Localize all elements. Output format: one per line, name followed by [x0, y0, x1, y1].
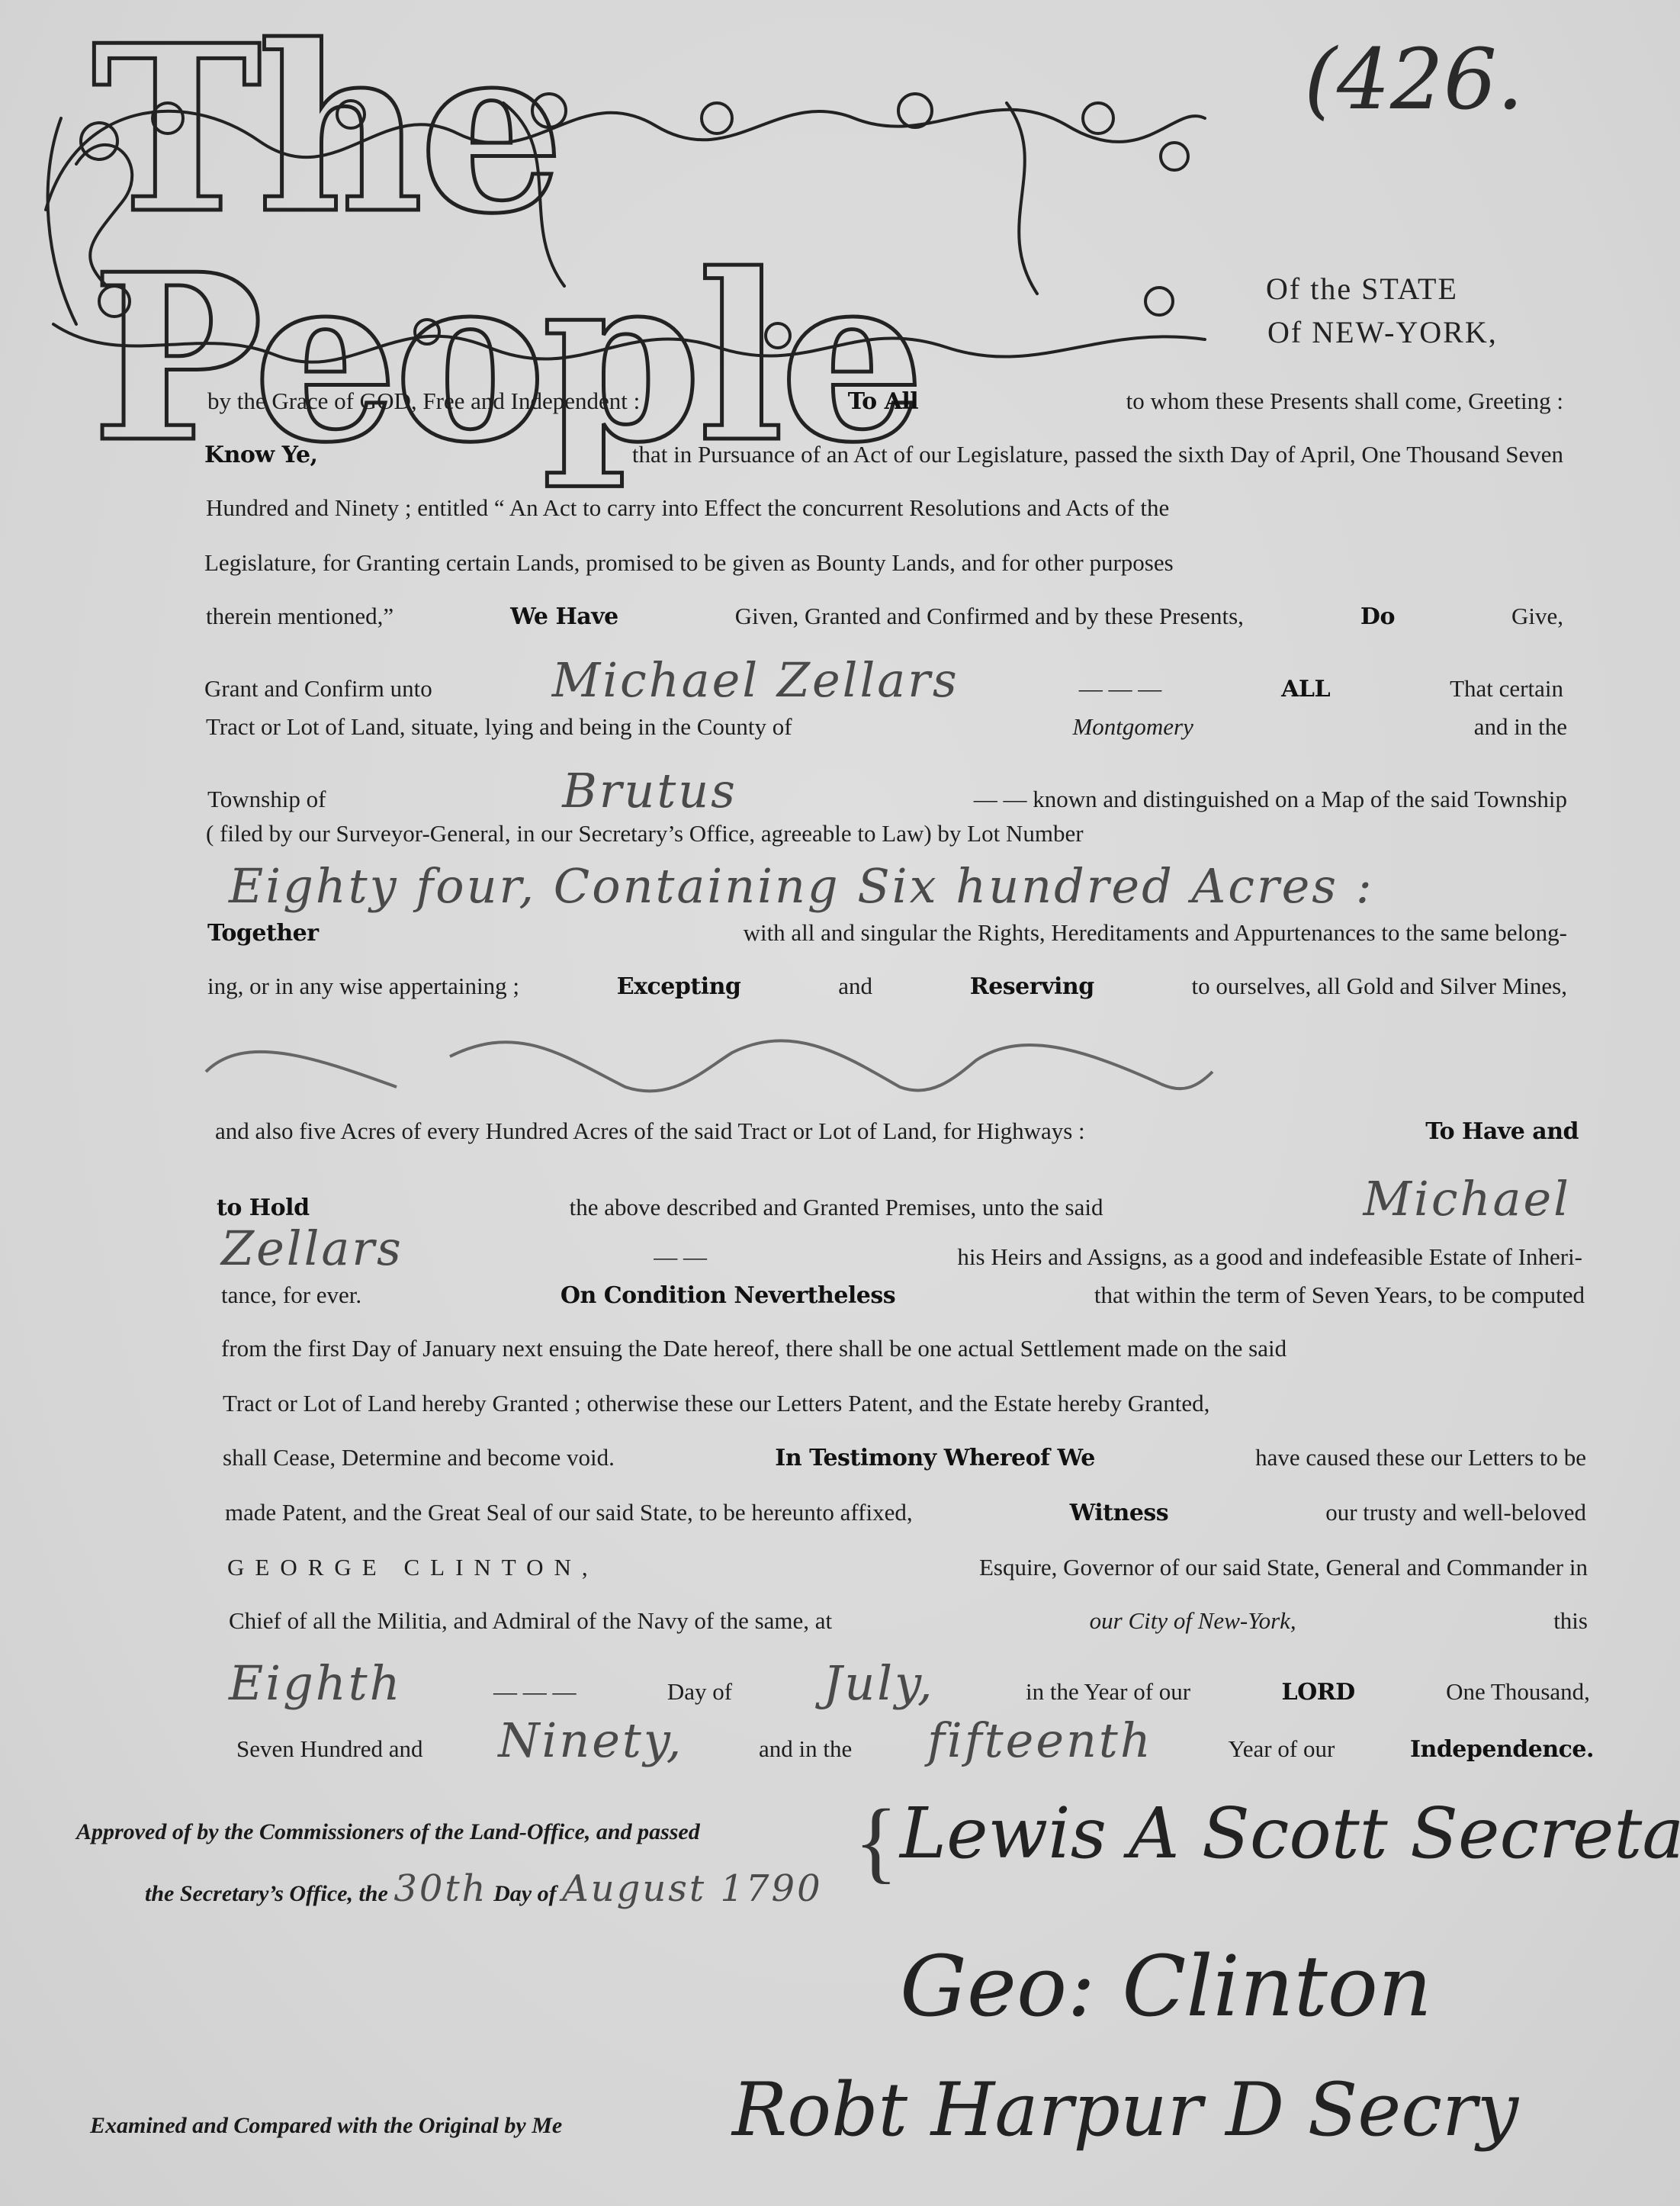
- signature-deputy-secretary: Robt Harpur D Secry: [732, 2067, 1518, 2153]
- printed-text: tance, for ever.: [221, 1281, 361, 1309]
- text-line: Grant and Confirm untoMichael Zellars— —…: [204, 652, 1563, 708]
- blackletter-text: In Testimony Whereof We: [775, 1445, 1095, 1471]
- printed-text: to whom these Presents shall come, Greet…: [1126, 387, 1563, 415]
- printed-text: Year of our: [1229, 1735, 1335, 1763]
- printed-text: from the first Day of January next ensui…: [221, 1335, 1287, 1362]
- manuscript-entry: July,: [823, 1655, 934, 1711]
- text-line: Tract or Lot of Land, situate, lying and…: [206, 713, 1567, 741]
- manuscript-entry: Brutus: [562, 763, 737, 818]
- text-line: by the Grace of GOD, Free and Independen…: [207, 387, 1563, 415]
- text-line: to Holdthe above described and Granted P…: [217, 1171, 1571, 1227]
- manuscript-entry: Eighty four, Containing Six hundred Acre…: [229, 858, 1374, 914]
- printed-text: Grant and Confirm unto: [204, 675, 432, 703]
- approval-day: 30th: [393, 1867, 487, 1910]
- text-line: ( filed by our Surveyor-General, in our …: [206, 820, 1567, 847]
- printed-text: ( filed by our Surveyor-General, in our …: [206, 820, 1084, 847]
- state-line-2: Of NEW-YORK,: [1267, 314, 1498, 350]
- printed-text: made Patent, and the Great Seal of our s…: [225, 1499, 913, 1526]
- manuscript-entry: Ninety,: [498, 1712, 683, 1768]
- blackletter-text: To All: [848, 388, 918, 415]
- text-line: Zellars— —his Heirs and Assigns, as a go…: [221, 1220, 1582, 1276]
- printed-text: Hundred and Ninety ; entitled “ An Act t…: [206, 494, 1169, 522]
- wavy-separator-icon: [198, 1026, 1647, 1095]
- blackletter-text: Together: [207, 920, 319, 947]
- text-line: Seven Hundred andNinety,and in thefiftee…: [236, 1712, 1594, 1768]
- printed-text: and in the: [759, 1735, 852, 1763]
- ornamental-title: The People: [92, 114, 1190, 374]
- manuscript-entry: fifteenth: [927, 1712, 1153, 1768]
- blackletter-text: Independence.: [1410, 1736, 1594, 1763]
- printed-text: Seven Hundred and: [236, 1735, 423, 1763]
- approval-line-2: the Secretary’s Office, the 30th Day of …: [145, 1867, 823, 1910]
- text-line: from the first Day of January next ensui…: [221, 1335, 1586, 1362]
- blackletter-text: to Hold: [217, 1195, 310, 1221]
- printed-text: Given, Granted and Confirmed and by thes…: [735, 603, 1244, 630]
- blackletter-text: To Have and: [1425, 1118, 1579, 1145]
- text-line: tance, for ever.On Condition Nevertheles…: [221, 1281, 1585, 1309]
- approval-day-of: Day of: [493, 1881, 556, 1906]
- italic-text: Montgomery: [1072, 713, 1193, 741]
- printed-text: that in Pursuance of an Act of our Legis…: [632, 441, 1563, 468]
- text-line: Township ofBrutus— — known and distingui…: [207, 763, 1567, 818]
- blackletter-text: Do: [1360, 603, 1395, 630]
- text-line: GEORGE CLINTON,Esquire, Governor of our …: [227, 1554, 1588, 1581]
- printed-text: that within the term of Seven Years, to …: [1094, 1281, 1585, 1309]
- printed-text: One Thousand,: [1446, 1678, 1590, 1706]
- blackletter-text: We Have: [510, 603, 618, 630]
- printed-text: — — —: [493, 1678, 577, 1706]
- text-line: ing, or in any wise appertaining ;Except…: [207, 973, 1567, 1000]
- blackletter-text: Witness: [1070, 1500, 1169, 1526]
- blackletter-text: LORD: [1281, 1679, 1354, 1706]
- printed-text: Township of: [207, 786, 326, 813]
- approval-month-year: August 1790: [562, 1867, 823, 1910]
- printed-text: by the Grace of GOD, Free and Independen…: [207, 387, 640, 415]
- text-line: therein mentioned,”We HaveGiven, Granted…: [206, 603, 1563, 630]
- manuscript-entry: Michael Zellars: [552, 652, 959, 708]
- approval-prefix: the Secretary’s Office, the: [145, 1881, 388, 1906]
- examined-label: Examined and Compared with the Original …: [90, 2113, 562, 2139]
- italic-text: our City of New-York,: [1090, 1607, 1296, 1635]
- approval-line-1: Approved of by the Commissioners of the …: [76, 1819, 700, 1845]
- text-line: Know Ye,that in Pursuance of an Act of o…: [204, 441, 1563, 468]
- text-line: and also five Acres of every Hundred Acr…: [215, 1117, 1579, 1145]
- printed-text: to ourselves, all Gold and Silver Mines,: [1192, 973, 1568, 1000]
- state-line-1: Of the STATE: [1266, 271, 1458, 307]
- printed-text: therein mentioned,”: [206, 603, 393, 630]
- printed-text: Tract or Lot of Land, situate, lying and…: [206, 713, 792, 741]
- blackletter-text: Reserving: [970, 973, 1094, 1000]
- manuscript-entry: Eighth: [229, 1655, 403, 1711]
- text-line: Legislature, for Granting certain Lands,…: [204, 549, 1563, 577]
- printed-text: and in the: [1474, 713, 1567, 741]
- text-line: Eighth— — —Day ofJuly,in the Year of our…: [229, 1655, 1590, 1711]
- printed-text: this: [1553, 1607, 1588, 1635]
- blackletter-text: ALL: [1281, 676, 1330, 703]
- printed-text: and: [838, 973, 872, 1000]
- blackletter-text: On Condition Nevertheless: [561, 1282, 895, 1309]
- printed-text: shall Cease, Determine and become void.: [223, 1444, 615, 1471]
- printed-text: with all and singular the Rights, Heredi…: [744, 919, 1567, 947]
- text-line: Chief of all the Militia, and Admiral of…: [229, 1607, 1588, 1635]
- printed-text: have caused these our Letters to be: [1255, 1444, 1586, 1471]
- blackletter-text: Excepting: [617, 973, 741, 1000]
- printed-text: his Heirs and Assigns, as a good and ind…: [957, 1243, 1582, 1271]
- printed-text: Esquire, Governor of our said State, Gen…: [979, 1554, 1588, 1581]
- printed-text: Chief of all the Militia, and Admiral of…: [229, 1607, 832, 1635]
- printed-text: — —: [654, 1243, 707, 1271]
- printed-text: the above described and Granted Premises…: [570, 1194, 1103, 1221]
- signature-governor: Geo: Clinton: [900, 1937, 1432, 2035]
- printed-text: Legislature, for Granting certain Lands,…: [204, 549, 1174, 577]
- text-line: Tract or Lot of Land hereby Granted ; ot…: [223, 1390, 1586, 1417]
- printed-text: our trusty and well-beloved: [1325, 1499, 1586, 1526]
- printed-text: Tract or Lot of Land hereby Granted ; ot…: [223, 1390, 1209, 1417]
- printed-text: in the Year of our: [1026, 1678, 1190, 1706]
- printed-text: — — known and distinguished on a Map of …: [974, 786, 1567, 813]
- printed-text: Day of: [667, 1678, 732, 1706]
- text-line: made Patent, and the Great Seal of our s…: [225, 1499, 1586, 1526]
- manuscript-entry: Zellars: [221, 1220, 403, 1276]
- printed-text: ing, or in any wise appertaining ;: [207, 973, 519, 1000]
- blackletter-text: Know Ye,: [204, 442, 318, 468]
- printed-text: That certain: [1450, 675, 1563, 703]
- text-line: Hundred and Ninety ; entitled “ An Act t…: [206, 494, 1563, 522]
- folio-number: (426.: [1304, 31, 1524, 128]
- spaced-name: GEORGE CLINTON,: [227, 1554, 599, 1581]
- text-line: Eighty four, Containing Six hundred Acre…: [229, 858, 1449, 914]
- text-line: Togetherwith all and singular the Rights…: [207, 919, 1567, 947]
- brace-icon: {: [854, 1789, 898, 1894]
- signature-secretary: Lewis A Scott Secretary: [900, 1793, 1680, 1874]
- printed-text: — — —: [1079, 675, 1162, 703]
- text-line: shall Cease, Determine and become void.I…: [223, 1444, 1586, 1471]
- printed-text: and also five Acres of every Hundred Acr…: [215, 1117, 1085, 1145]
- manuscript-entry: Michael: [1364, 1171, 1571, 1227]
- printed-text: Give,: [1511, 603, 1563, 630]
